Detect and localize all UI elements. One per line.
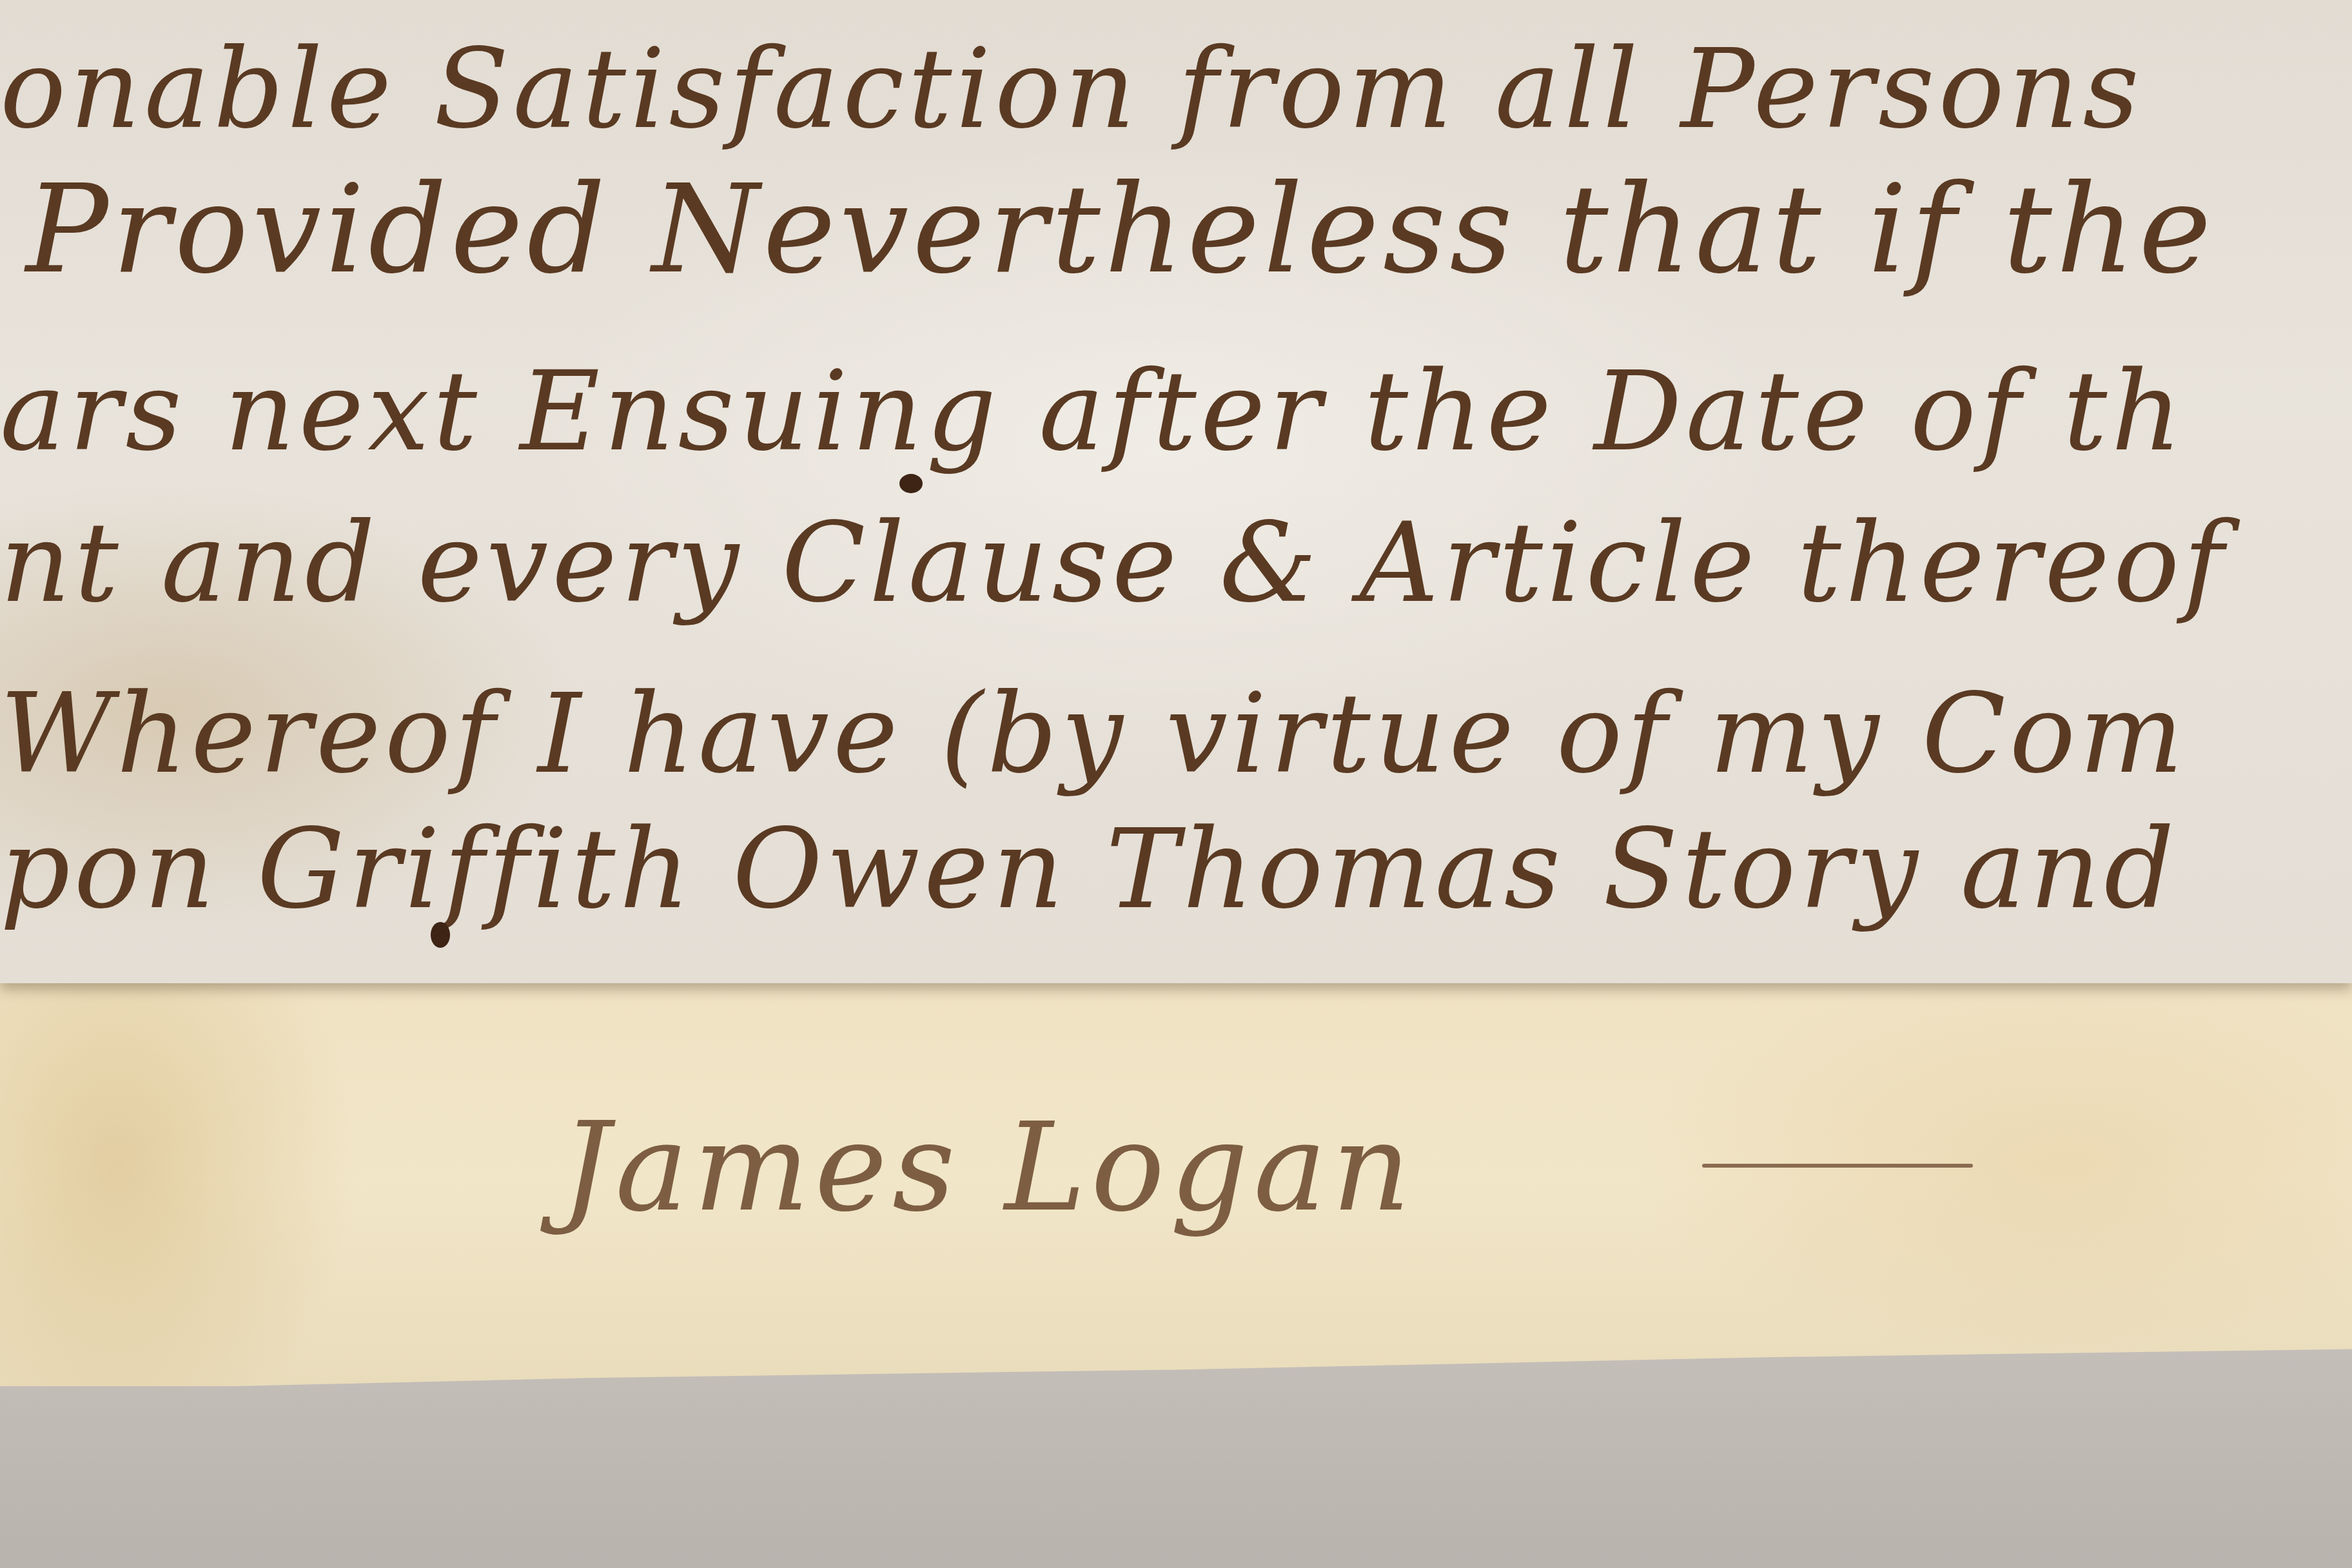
text-line-3: ars next Ensuing after the Date of th bbox=[0, 348, 2186, 476]
text-line-2: Provided Nevertheless that if the bbox=[26, 158, 2215, 300]
text-line-6: pon Griffith Owen Thomas Story and bbox=[0, 806, 2178, 934]
ink-blot-2 bbox=[431, 922, 450, 948]
signature: James Logan bbox=[561, 1096, 1416, 1239]
parchment-sheet: onable Satisfaction from all Persons Pro… bbox=[0, 0, 2352, 983]
text-line-4: nt and every Clause & Article thereof bbox=[0, 500, 2228, 627]
text-line-5: Whereof I have (by virtue of my Com bbox=[0, 671, 2187, 798]
ink-blot-1 bbox=[899, 474, 923, 493]
text-line-1: onable Satisfaction from all Persons bbox=[0, 26, 2143, 153]
signature-flourish bbox=[1702, 1164, 1973, 1168]
